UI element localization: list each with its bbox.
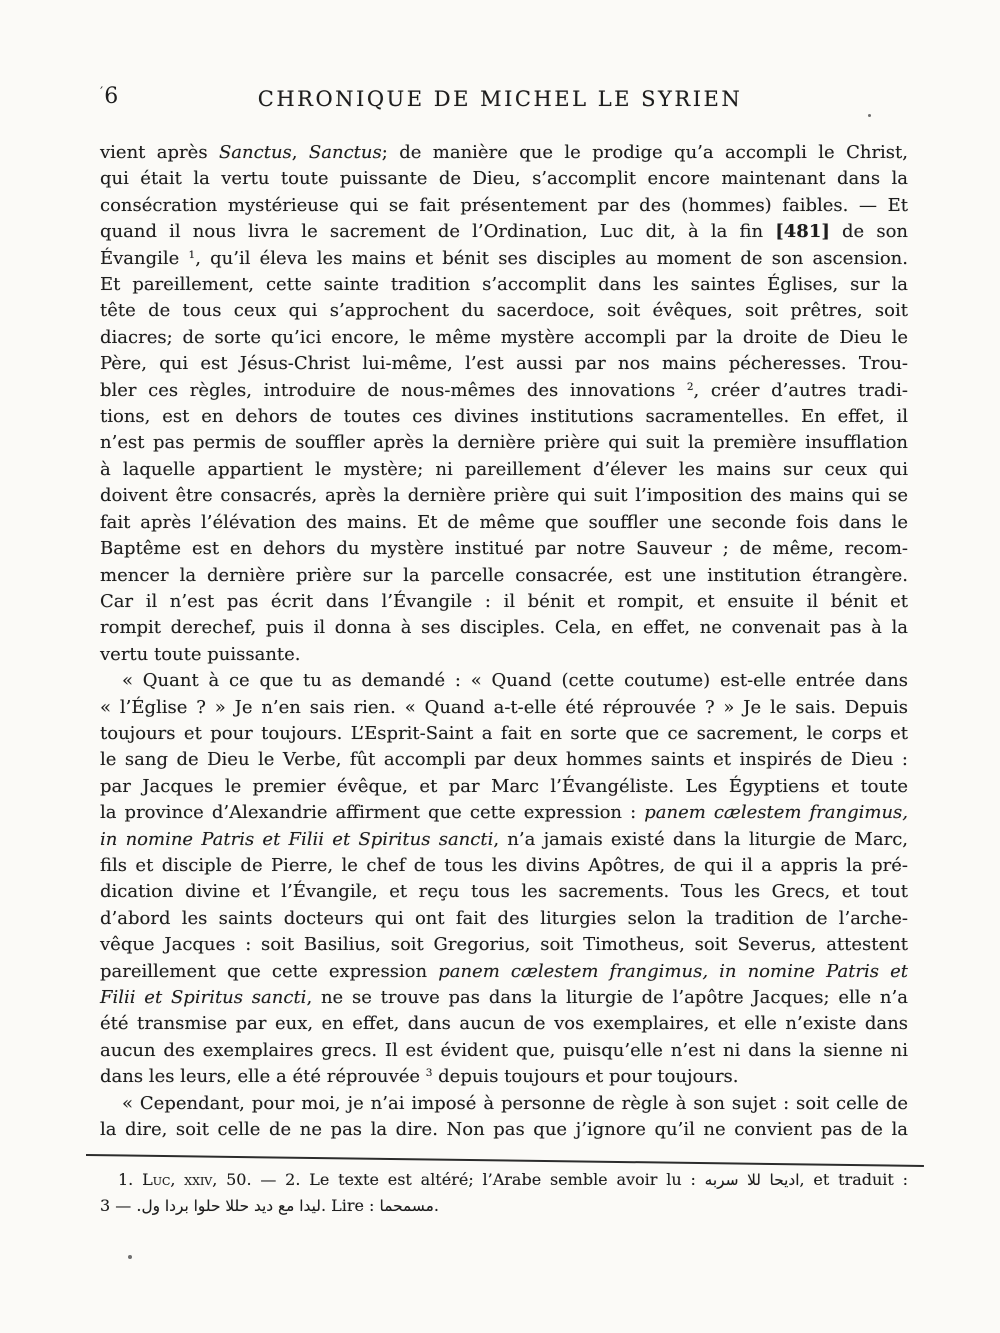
text-line: Évangile 1, qu’il éleva les mains et bén… bbox=[100, 246, 908, 272]
footnote-separator bbox=[86, 1154, 924, 1167]
text-line: Baptême est en dehors du mystère institu… bbox=[100, 536, 908, 562]
text-line: diacres; de sorte qu’ici encore, le même… bbox=[100, 325, 908, 351]
paragraph: « Cependant, pour moi, je n’ai imposé à … bbox=[100, 1091, 908, 1144]
text-line: à laquelle appartient le mystère; ni par… bbox=[100, 457, 908, 483]
text-line: dans les leurs, elle a été réprouvée 3 d… bbox=[100, 1064, 908, 1090]
footnotes: 1. Luc, xxiv, 50. — 2. Le texte est alté… bbox=[100, 1167, 908, 1219]
text-line: vient après Sanctus, Sanctus; de manière… bbox=[100, 140, 908, 166]
text-line: été transmise par eux, en effet, dans au… bbox=[100, 1011, 908, 1037]
text-line: la province d’Alexandrie affirment que c… bbox=[100, 800, 908, 826]
text-line: fils et disciple de Pierre, le chef de t… bbox=[100, 853, 908, 879]
text-line: doivent être consacrés, après la dernièr… bbox=[100, 483, 908, 509]
text-line: tête de tous ceux qui s’approchent du sa… bbox=[100, 298, 908, 324]
syriac-text: مسمحما bbox=[380, 1197, 434, 1215]
text-line: tions, est en dehors de toutes ces divin… bbox=[100, 404, 908, 430]
syriac-text: اديحا للا سربه bbox=[705, 1171, 800, 1189]
text-line: Et pareillement, cette sainte tradition … bbox=[100, 272, 908, 298]
text-line: fait après l’élévation des mains. Et de … bbox=[100, 510, 908, 536]
text-line: n’est pas permis de souffler après la de… bbox=[100, 430, 908, 456]
scan-speck bbox=[868, 114, 871, 117]
text-line: rompit derechef, puis il donna à ses dis… bbox=[100, 615, 908, 641]
text-line: dication divine et l’Évangile, et reçu t… bbox=[100, 879, 908, 905]
text-line: quand il nous livra le sacrement de l’Or… bbox=[100, 219, 908, 245]
text-line: d’abord les saints docteurs qui ont fait… bbox=[100, 906, 908, 932]
text-line: vertu toute puissante. bbox=[100, 642, 908, 668]
text-line: Car il n’est pas écrit dans l’Évangile :… bbox=[100, 589, 908, 615]
running-title: CHRONIQUE DE MICHEL LE SYRIEN bbox=[0, 87, 1000, 111]
text-line: mencer la dernière prière sur la parcell… bbox=[100, 563, 908, 589]
text-line: « Quant à ce que tu as demandé : « Quand… bbox=[100, 668, 908, 694]
text-line: Père, qui est Jésus-Christ lui-même, l’e… bbox=[100, 351, 908, 377]
text-line: aucun des exemplaires grecs. Il est évid… bbox=[100, 1038, 908, 1064]
text-line: qui était la vertu toute puissante de Di… bbox=[100, 166, 908, 192]
text-line: consécration mystérieuse qui se fait pré… bbox=[100, 193, 908, 219]
text-line: vêque Jacques : soit Basilius, soit Greg… bbox=[100, 932, 908, 958]
text-line: « l’Église ? » Je n’en sais rien. « Quan… bbox=[100, 695, 908, 721]
text-line: « Cependant, pour moi, je n’ai imposé à … bbox=[100, 1091, 908, 1117]
text-line: toujours et pour toujours. L’Esprit-Sain… bbox=[100, 721, 908, 747]
text-line: bler ces règles, introduire de nous-même… bbox=[100, 378, 908, 404]
scan-speck bbox=[128, 1255, 132, 1259]
footnote-line: ليدا مع ديد حللا حلوا بردا ول. — 3. Lire… bbox=[100, 1193, 908, 1219]
text-line: Filii et Spiritus sancti, ne se trouve p… bbox=[100, 985, 908, 1011]
text-line: pareillement que cette expression panem … bbox=[100, 959, 908, 985]
footnote-line: 1. Luc, xxiv, 50. — 2. Le texte est alté… bbox=[100, 1167, 908, 1193]
paragraph: vient après Sanctus, Sanctus; de manière… bbox=[100, 140, 908, 668]
book-page: ′6 CHRONIQUE DE MICHEL LE SYRIEN vient a… bbox=[0, 0, 1000, 1333]
paragraph: « Quant à ce que tu as demandé : « Quand… bbox=[100, 668, 908, 1091]
text-line: par Jacques le premier évêque, et par Ma… bbox=[100, 774, 908, 800]
syriac-text: ليدا مع ديد حللا حلوا بردا ول bbox=[141, 1197, 320, 1215]
text-line: la dire, soit celle de ne pas la dire. N… bbox=[100, 1117, 908, 1143]
text-line: le sang de Dieu le Verbe, fût accompli p… bbox=[100, 747, 908, 773]
text-block: vient après Sanctus, Sanctus; de manière… bbox=[100, 140, 908, 1143]
text-line: in nomine Patris et Filii et Spiritus sa… bbox=[100, 827, 908, 853]
